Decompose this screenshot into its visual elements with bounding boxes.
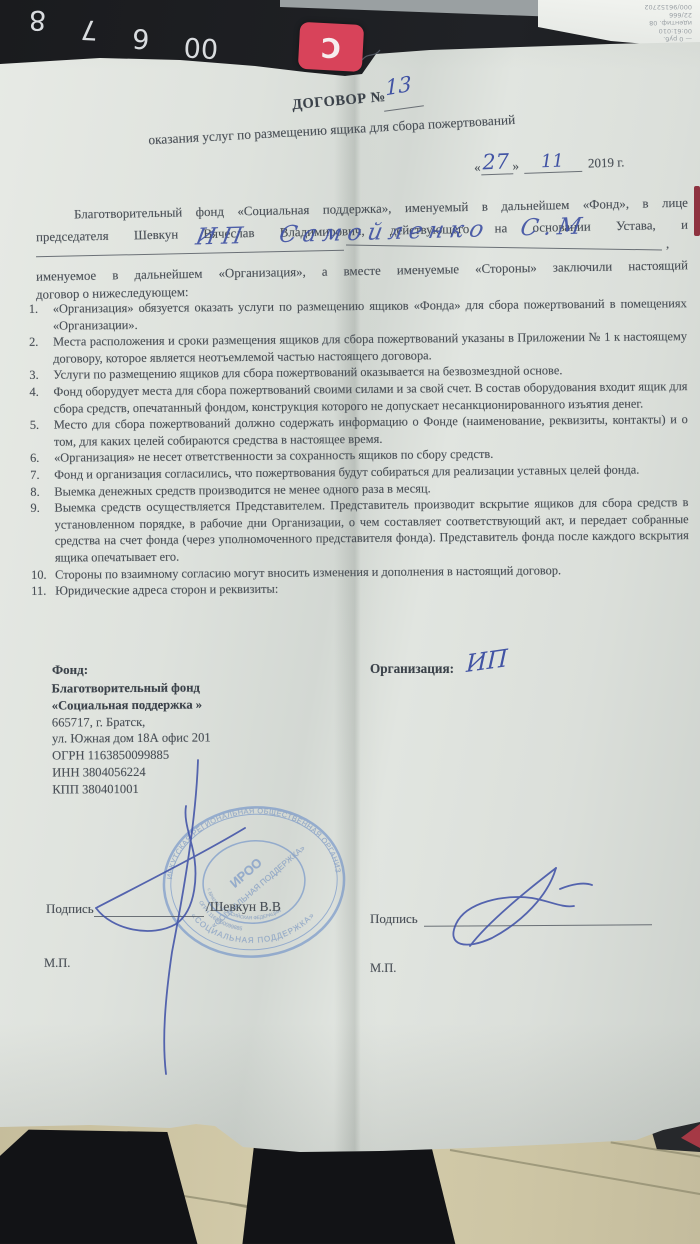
contract-number-handwritten: 13	[385, 72, 412, 101]
trailing-comma: ,	[666, 236, 669, 252]
signature-right-dash	[560, 884, 592, 889]
round-stamp: ИРКУТСКАЯ РЕГИОНАЛЬНАЯ ОБЩЕСТВЕННАЯ ОРГА…	[149, 786, 360, 978]
document-subtitle: оказания услуг по размещению ящика для с…	[148, 108, 593, 149]
signature-right-stroke	[470, 868, 556, 946]
fund-ogrn: ОГРН 1163850099885	[52, 747, 211, 765]
month-blank: 11	[524, 155, 583, 174]
fund-name-line: «Социальная поддержка »	[52, 696, 211, 714]
number-blank-line	[384, 105, 424, 112]
organization-handwritten: ИП	[466, 644, 508, 678]
signature-right-stroke	[453, 868, 574, 945]
month-handwritten: 11	[541, 150, 565, 172]
fund-address-line: 665717, г. Братск,	[52, 713, 211, 731]
fill-in-line	[36, 250, 344, 257]
stray-pen-mark	[362, 50, 380, 60]
clause-item: 9.Выемка средств осуществляется Представ…	[30, 494, 689, 566]
signature-label-left: Подпись	[46, 901, 94, 917]
clause-list: 1.«Организация» обязуется оказать услуги…	[29, 295, 690, 599]
day-handwritten: 27	[482, 149, 510, 174]
fund-name-line: Благотворительный фонд	[52, 679, 211, 697]
organization-label: Организация:	[370, 661, 454, 677]
fund-details: Благотворительный фонд «Социальная подде…	[52, 679, 211, 798]
signature-label-right: Подпись	[370, 911, 418, 927]
year-text: 2019 г.	[588, 154, 625, 171]
fund-kpp: КПП 380401001	[52, 780, 211, 798]
contract-document: ДОГОВОР № 13 оказания услуг по размещени…	[0, 0, 700, 1162]
signatory-name: /Шевкун В.В	[206, 899, 281, 915]
signature-line-left	[94, 916, 204, 917]
fund-label: Фонд:	[52, 662, 88, 678]
stamp-place-right: М.П.	[370, 961, 396, 976]
day-blank: 27	[480, 157, 513, 175]
photo-scene: 8 7 6 00 С 000/96152702 22/666 идентиф. …	[0, 0, 700, 1244]
signature-line-right	[424, 924, 652, 927]
stamp-place-left: М.П.	[44, 956, 70, 971]
document-title: ДОГОВОР №	[291, 89, 386, 114]
fund-inn: ИНН 3804056224	[52, 763, 211, 781]
quote-close: »	[512, 158, 519, 174]
fill-in-line	[346, 245, 662, 251]
date-line: « 27 » 11 2019 г.	[474, 153, 625, 175]
fund-address-line: ул. Южная дом 18А офис 201	[52, 730, 211, 748]
